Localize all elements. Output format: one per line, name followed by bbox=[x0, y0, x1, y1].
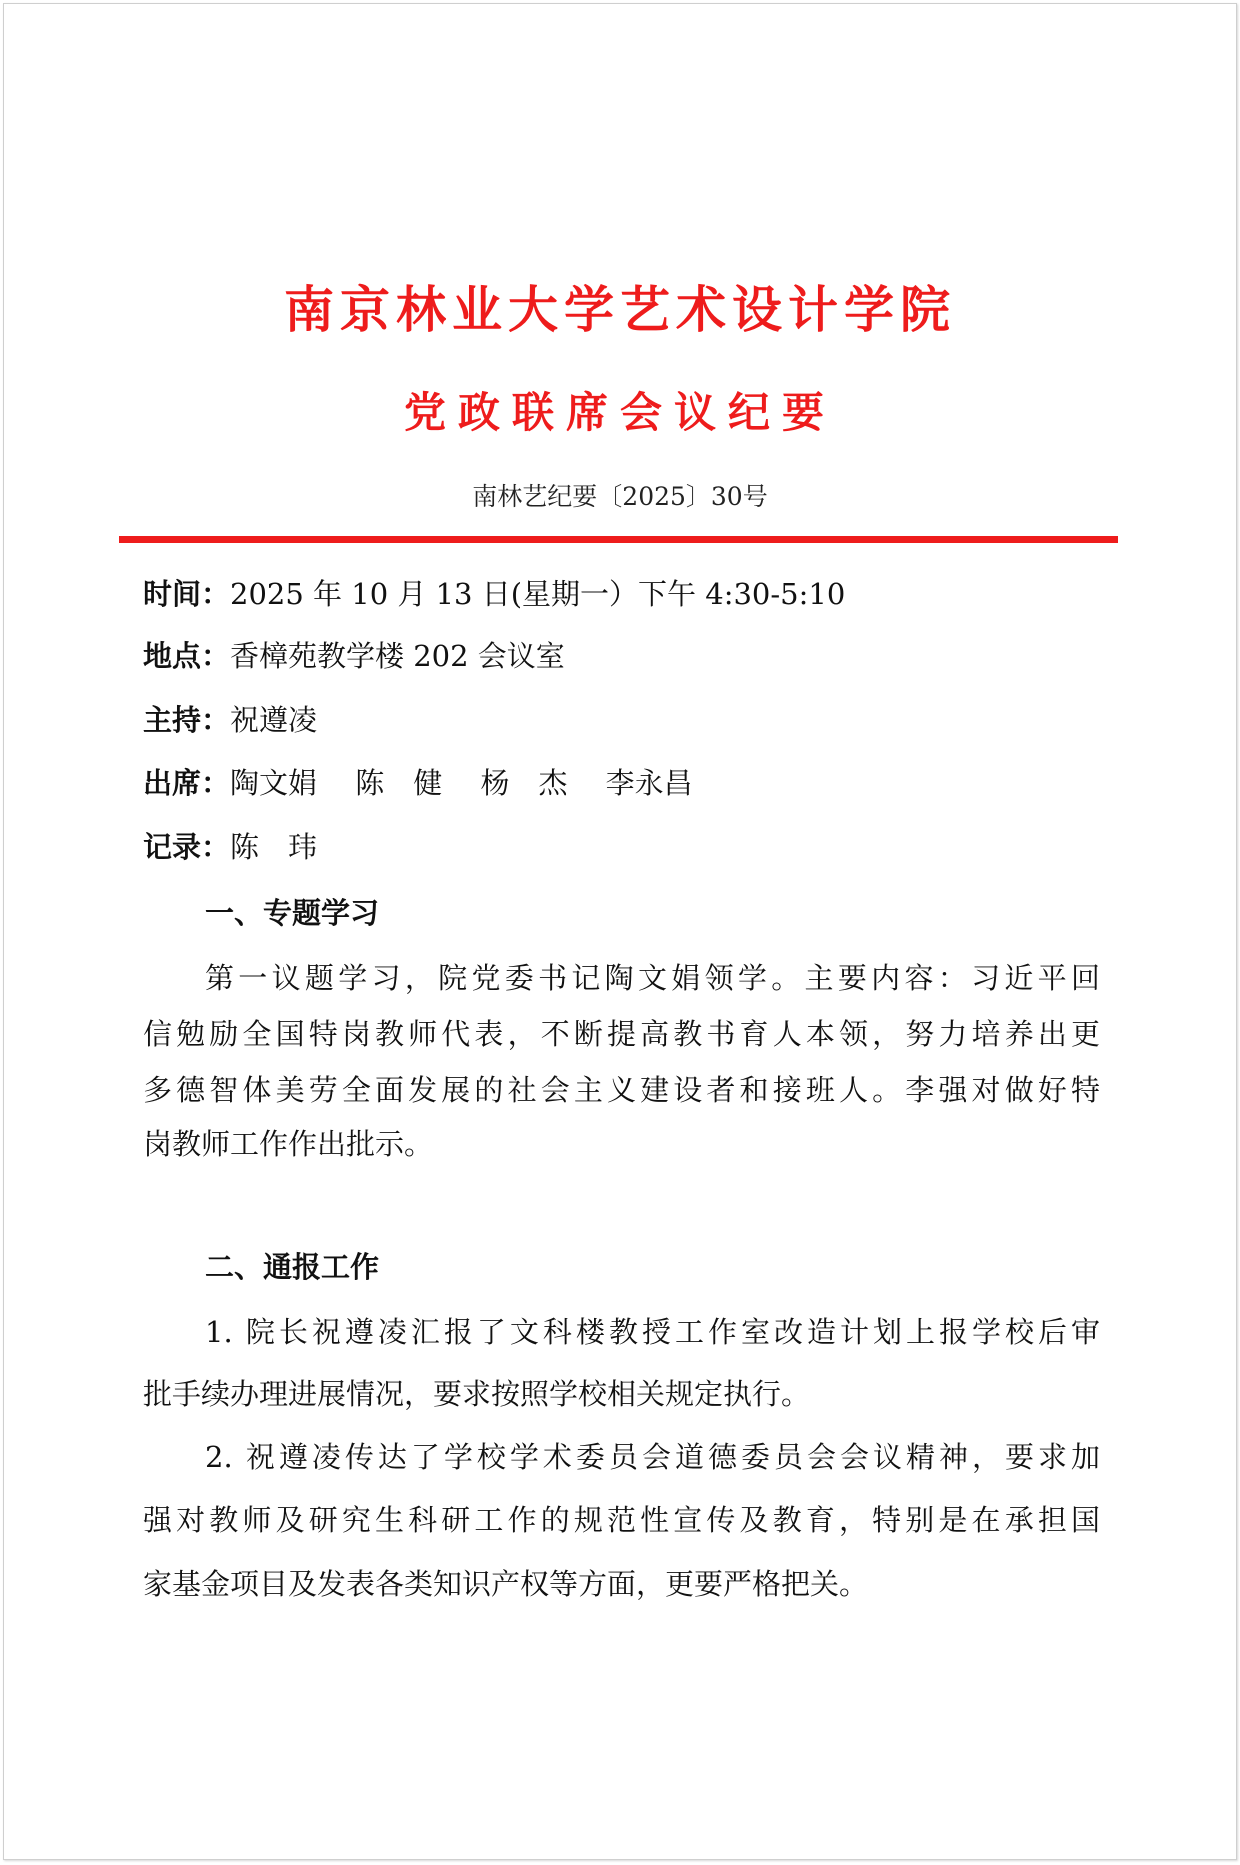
section-heading: 二、通报工作 bbox=[205, 1245, 379, 1286]
meta-attendees: 出席：陶文娟 陈 健 杨 杰 李永昌 bbox=[143, 761, 693, 802]
paragraph-line: 第一议题学习，院党委书记陶文娟领学。主要内容：习近平回 bbox=[205, 956, 1100, 997]
meta-time: 时间：2025 年 10 月 13 日(星期一）下午 4:30-5:10 bbox=[143, 572, 845, 613]
paragraph-line: 信勉励全国特岗教师代表，不断提高教书育人本领，努力培养出更 bbox=[143, 1012, 1100, 1053]
paragraph-line: 2. 祝遵凌传达了学校学术委员会道德委员会会议精神，要求加 bbox=[205, 1435, 1100, 1476]
meta-value: 陈 玮 bbox=[230, 830, 317, 864]
meta-label: 主持： bbox=[143, 703, 230, 737]
document-title: 南京林业大学艺术设计学院 bbox=[0, 270, 1240, 342]
paragraph-line: 强对教师及研究生科研工作的规范性宣传及教育，特别是在承担国 bbox=[143, 1498, 1100, 1539]
meta-label: 出席： bbox=[143, 766, 230, 800]
paragraph-line: 多德智体美劳全面发展的社会主义建设者和接班人。李强对做好特 bbox=[143, 1068, 1100, 1109]
paragraph-line: 批手续办理进展情况，要求按照学校相关规定执行。 bbox=[143, 1372, 1100, 1413]
paragraph-line: 家基金项目及发表各类知识产权等方面，更要严格把关。 bbox=[143, 1562, 1100, 1603]
meta-host: 主持：祝遵凌 bbox=[143, 698, 317, 739]
paragraph-line: 岗教师工作作出批示。 bbox=[143, 1122, 1100, 1163]
meta-label: 记录： bbox=[143, 830, 230, 864]
meta-value: 2025 年 10 月 13 日(星期一）下午 4:30-5:10 bbox=[230, 577, 845, 611]
paragraph-line: 1. 院长祝遵凌汇报了文科楼教授工作室改造计划上报学校后审 bbox=[205, 1310, 1100, 1351]
document-subtitle: 党政联席会议纪要 bbox=[0, 380, 1240, 440]
section-heading: 一、专题学习 bbox=[205, 891, 379, 932]
meta-value: 祝遵凌 bbox=[230, 703, 317, 737]
meta-label: 地点： bbox=[143, 639, 230, 673]
red-divider bbox=[119, 536, 1118, 543]
meta-label: 时间： bbox=[143, 577, 230, 611]
meta-location: 地点：香樟苑教学楼 202 会议室 bbox=[143, 634, 565, 675]
meta-value: 香樟苑教学楼 202 会议室 bbox=[230, 639, 565, 673]
meta-recorder: 记录：陈 玮 bbox=[143, 825, 317, 866]
document-number: 南林艺纪要〔2025〕30号 bbox=[0, 477, 1240, 513]
meta-value: 陶文娟 陈 健 杨 杰 李永昌 bbox=[230, 766, 693, 800]
